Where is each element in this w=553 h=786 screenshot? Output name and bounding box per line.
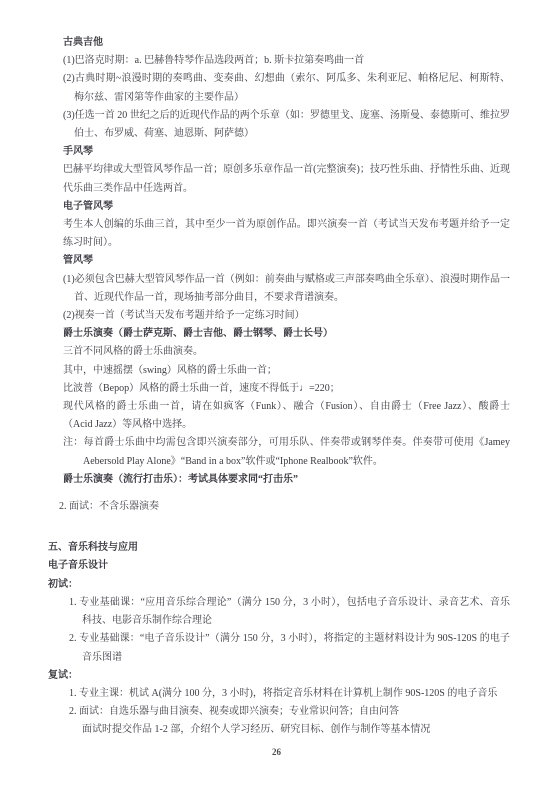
note-paragraph: 注：每首爵士乐曲中均需包含即兴演奏部分，可用乐队、伴奏带或钢琴伴奏。伴奏带可使用… <box>48 434 510 470</box>
list-item: 2. 面试：不含乐器演奏 <box>48 498 510 516</box>
document-content: 古典吉他(1)巴洛克时期：a. 巴赫鲁特琴作品选段两首；b. 斯卡拉第奏鸣曲一首… <box>48 34 510 740</box>
paragraph: 其中，中速摇摆（swing）风格的爵士乐曲一首； <box>48 362 510 380</box>
paragraph: 三首不同风格的爵士乐曲演奏。 <box>48 343 510 361</box>
numbered-paragraph: (1)必须包含巴赫大型管风琴作品一首（例如：前奏曲与赋格或三声部奏鸣曲全乐章）、… <box>48 271 510 307</box>
numbered-paragraph: (2)视奏一首（考试当天发布考题并给予一定练习时间） <box>48 307 510 325</box>
subsection-heading: 古典吉他 <box>48 34 510 52</box>
numbered-paragraph: (1)巴洛克时期：a. 巴赫鲁特琴作品选段两首；b. 斯卡拉第奏鸣曲一首 <box>48 52 510 70</box>
subsection-heading: 爵士乐演奏（爵士萨克斯、爵士吉他、爵士钢琴、爵士长号） <box>48 325 510 343</box>
numbered-paragraph: (3)任选一首 20 世纪之后的近现代作品的两个乐章（如：罗德里戈、庞塞、汤斯曼… <box>48 107 510 143</box>
list-item: 1. 专业主课：机试 A(满分 100 分，3 小时)，将指定音乐材料在计算机上… <box>48 685 510 703</box>
paragraph: 比波普（Bepop）风格的爵士乐曲一首，速度不得低于♩=220； <box>48 380 510 398</box>
subsection-heading: 爵士乐演奏（流行打击乐）：考试具体要求同“打击乐” <box>48 471 510 489</box>
section-heading: 复试： <box>48 667 510 685</box>
paragraph: 现代风格的爵士乐曲一首，请在如疯客（Funk）、融合（Fusion）、自由爵士（… <box>48 398 510 434</box>
section-heading: 初试： <box>48 576 510 594</box>
numbered-paragraph: (2)古典时期~浪漫时期的奏鸣曲、变奏曲、幻想曲（索尔、阿瓜多、朱利亚尼、帕格尼… <box>48 70 510 106</box>
list-continuation: 面试时提交作品 1-2 部，介绍个人学习经历、研究目标、创作与制作等基本情况 <box>48 721 510 739</box>
subsection-heading: 电子管风琴 <box>48 198 510 216</box>
subsection-heading: 管风琴 <box>48 252 510 270</box>
paragraph: 考生本人创编的乐曲三首，其中至少一首为原创作品。即兴演奏一首（考试当天发布考题并… <box>48 216 510 252</box>
subsection-heading: 手风琴 <box>48 143 510 161</box>
list-item: 2. 专业基础课：“电子音乐设计”（满分 150 分，3 小时），将指定的主题材… <box>48 630 510 666</box>
list-item: 2. 面试：自选乐器与曲目演奏、视奏或即兴演奏；专业常识问答；自由问答 <box>48 703 510 721</box>
section-heading: 五、音乐科技与应用 <box>48 539 510 557</box>
document-page: 古典吉他(1)巴洛克时期：a. 巴赫鲁特琴作品选段两首；b. 斯卡拉第奏鸣曲一首… <box>0 0 553 786</box>
section-heading: 电子音乐设计 <box>48 557 510 575</box>
paragraph: 巴赫平均律或大型管风琴作品一首；原创多乐章作品一首(完整演奏)；技巧性乐曲、抒情… <box>48 161 510 197</box>
page-number: 26 <box>0 747 553 757</box>
list-item: 1. 专业基础课：“应用音乐综合理论”（满分 150 分，3 小时），包括电子音… <box>48 594 510 630</box>
